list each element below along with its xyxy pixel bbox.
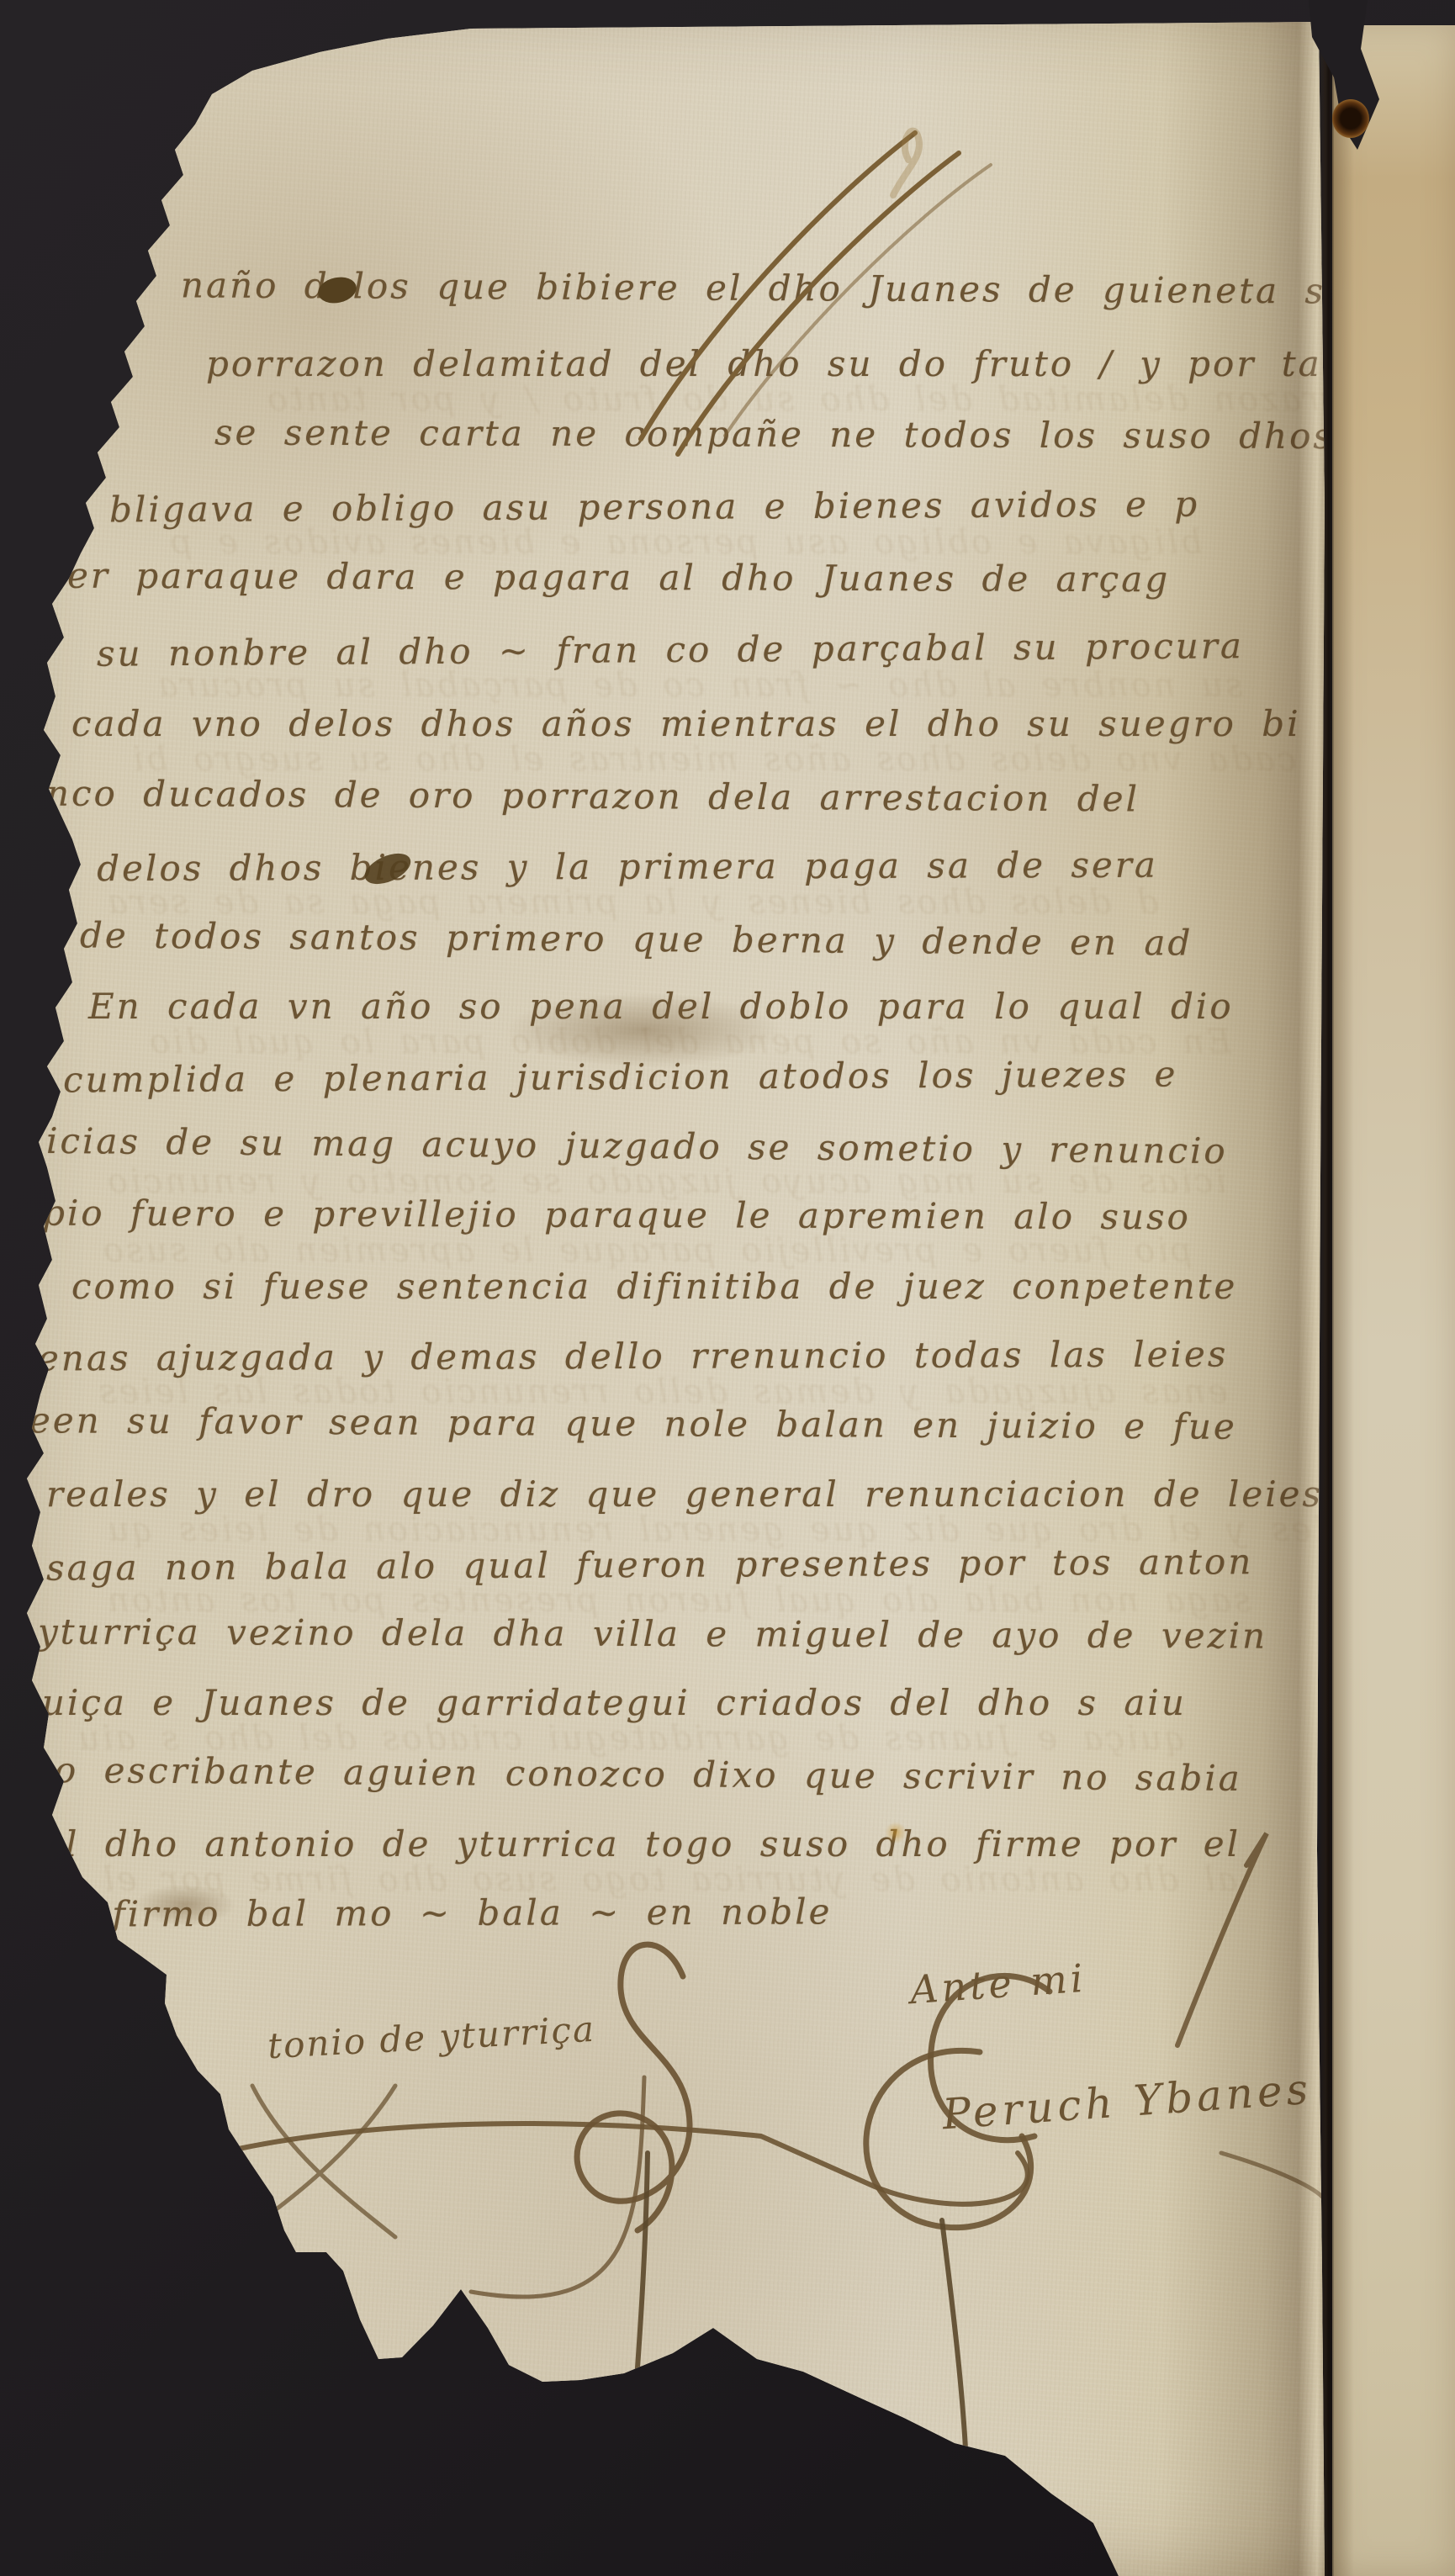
page-fold-shading — [1161, 0, 1329, 2576]
pen-strokes-mark — [678, 153, 959, 454]
notary-rubric — [244, 2086, 395, 2237]
notary-rubric — [471, 2077, 644, 2297]
pen-strokes-mark — [725, 165, 991, 436]
notary-rubric — [942, 2220, 967, 2572]
manuscript-line: ño — [99, 1972, 148, 2013]
scan-background: porrazon delamitad del dho su do fruto /… — [0, 0, 1455, 2576]
pen-strokes-mark — [641, 133, 915, 439]
paper-stain — [105, 2261, 124, 2279]
notary-rubric — [212, 2124, 1028, 2204]
notary-rubric — [577, 1944, 690, 2230]
adjacent-page — [1332, 25, 1455, 2576]
burn-mark — [1332, 99, 1369, 138]
manuscript-page: porrazon delamitad del dho su do fruto /… — [0, 0, 1455, 2576]
